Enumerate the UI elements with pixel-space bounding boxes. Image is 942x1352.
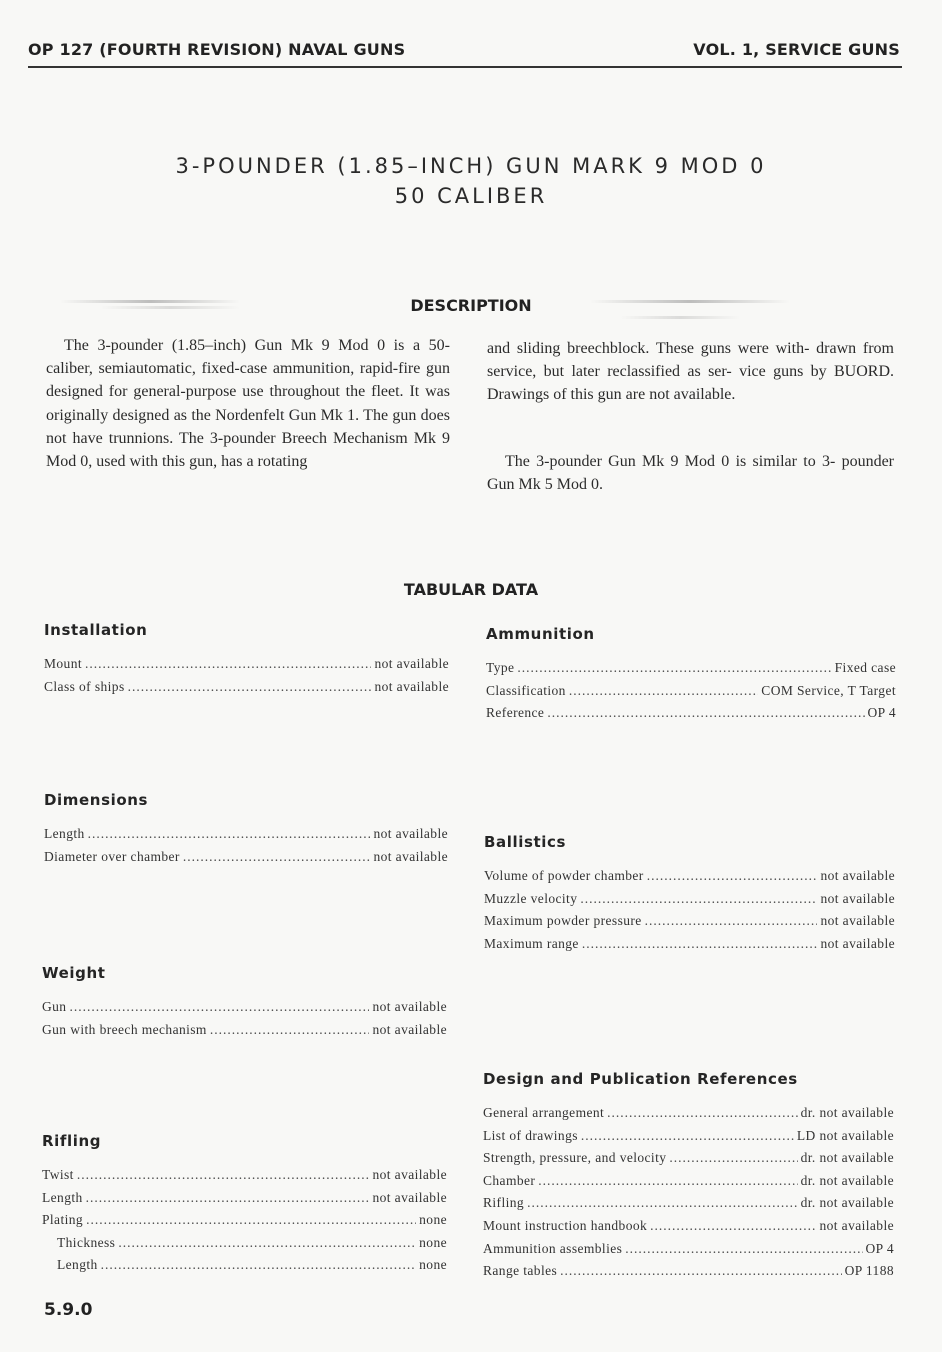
- row-label: Gun: [42, 996, 66, 1019]
- table-row: Lengthnone: [42, 1254, 447, 1277]
- row-value: OP 4: [866, 1238, 894, 1261]
- row-value: LD not available: [797, 1125, 894, 1148]
- group-title: Ammunition: [486, 625, 896, 643]
- table-row: Twistnot available: [42, 1164, 447, 1187]
- dot-leader: [669, 1147, 797, 1170]
- row-value: not available: [819, 1215, 894, 1238]
- running-header: OP 127 (FOURTH REVISION) NAVAL GUNS VOL.…: [28, 36, 902, 68]
- group-title: Rifling: [42, 1132, 447, 1150]
- table-row: ClassificationCOM Service, T Target: [486, 680, 896, 703]
- dot-leader: [77, 1164, 370, 1187]
- row-label: Length: [42, 1187, 83, 1210]
- table-row: Lengthnot available: [42, 1187, 447, 1210]
- dot-leader: [607, 1102, 797, 1125]
- row-value: none: [419, 1254, 447, 1277]
- dot-leader: [101, 1254, 417, 1277]
- row-value: Fixed case: [835, 657, 896, 680]
- row-value: not available: [372, 1164, 447, 1187]
- group-title: Installation: [44, 621, 449, 639]
- row-label: Thickness: [42, 1232, 115, 1255]
- row-label: Rifling: [483, 1192, 524, 1215]
- dot-leader: [85, 653, 371, 676]
- description-paragraph-1: The 3-pounder (1.85–inch) Gun Mk 9 Mod 0…: [46, 334, 450, 473]
- group-title: Dimensions: [44, 791, 448, 809]
- row-value: dr. not available: [801, 1102, 894, 1125]
- table-row: List of drawingsLD not available: [483, 1125, 894, 1148]
- row-value: none: [419, 1232, 447, 1255]
- row-value: not available: [820, 910, 895, 933]
- row-value: OP 4: [868, 702, 896, 725]
- row-value: not available: [374, 653, 449, 676]
- dot-leader: [183, 846, 371, 869]
- table-row: Muzzle velocitynot available: [484, 888, 895, 911]
- row-label: Type: [486, 657, 514, 680]
- dot-leader: [645, 910, 818, 933]
- description-paragraph-1-continued: and sliding breechblock. These guns were…: [487, 337, 894, 407]
- table-row: Thicknessnone: [42, 1232, 447, 1255]
- row-value: COM Service, T Target: [761, 680, 896, 703]
- row-label: Plating: [42, 1209, 83, 1232]
- row-label: Diameter over chamber: [44, 846, 180, 869]
- row-label: Length: [44, 823, 85, 846]
- dot-leader: [118, 1232, 416, 1255]
- row-value: dr. not available: [801, 1147, 894, 1170]
- row-label: Twist: [42, 1164, 74, 1187]
- row-label: Range tables: [483, 1260, 557, 1283]
- row-value: dr. not available: [801, 1170, 894, 1193]
- group-title: Weight: [42, 964, 447, 982]
- table-row: Riflingdr. not available: [483, 1192, 894, 1215]
- row-label: Mount instruction handbook: [483, 1215, 647, 1238]
- page-subtitle: 50 CALIBER: [0, 184, 942, 208]
- row-label: Strength, pressure, and velocity: [483, 1147, 666, 1170]
- row-value: not available: [373, 846, 448, 869]
- row-label: List of drawings: [483, 1125, 578, 1148]
- dot-leader: [538, 1170, 797, 1193]
- table-row: Mount instruction handbooknot available: [483, 1215, 894, 1238]
- dot-leader: [210, 1019, 370, 1042]
- table-row: Maximum powder pressurenot available: [484, 910, 895, 933]
- group-title: Design and Publication References: [483, 1070, 894, 1088]
- dot-leader: [560, 1260, 841, 1283]
- row-value: OP 1188: [845, 1260, 894, 1283]
- dot-leader: [86, 1209, 416, 1232]
- row-label: Mount: [44, 653, 82, 676]
- row-label: Maximum powder pressure: [484, 910, 642, 933]
- description-paragraph-2: The 3-pounder Gun Mk 9 Mod 0 is similar …: [487, 450, 894, 496]
- row-value: not available: [373, 823, 448, 846]
- table-row: Range tablesOP 1188: [483, 1260, 894, 1283]
- table-row: TypeFixed case: [486, 657, 896, 680]
- dot-leader: [527, 1192, 798, 1215]
- table-row: Class of shipsnot available: [44, 676, 449, 699]
- page-number: 5.9.0: [44, 1300, 92, 1320]
- row-label: General arrangement: [483, 1102, 604, 1125]
- table-row: General arrangementdr. not available: [483, 1102, 894, 1125]
- page-title: 3-POUNDER (1.85–INCH) GUN MARK 9 MOD 0: [0, 154, 942, 178]
- group-design-publication-references: Design and Publication References Genera…: [483, 1070, 894, 1283]
- group-ammunition: Ammunition TypeFixed caseClassificationC…: [486, 625, 896, 725]
- row-label: Maximum range: [484, 933, 579, 956]
- header-publication: OP 127 (FOURTH REVISION) NAVAL GUNS: [28, 40, 405, 59]
- row-value: not available: [820, 865, 895, 888]
- row-label: Chamber: [483, 1170, 535, 1193]
- dot-leader: [580, 888, 817, 911]
- row-value: not available: [372, 1019, 447, 1042]
- row-label: Muzzle velocity: [484, 888, 577, 911]
- dot-leader: [625, 1238, 862, 1261]
- group-ballistics: Ballistics Volume of powder chambernot a…: [484, 833, 895, 955]
- dot-leader: [582, 933, 818, 956]
- dot-leader: [88, 823, 371, 846]
- dot-leader: [647, 865, 818, 888]
- row-value: not available: [372, 996, 447, 1019]
- group-rifling: Rifling Twistnot availableLengthnot avai…: [42, 1132, 447, 1277]
- row-label: Ammunition assemblies: [483, 1238, 622, 1261]
- scan-smear: [620, 316, 740, 319]
- row-value: not available: [372, 1187, 447, 1210]
- dot-leader: [128, 676, 372, 699]
- table-row: Chamberdr. not available: [483, 1170, 894, 1193]
- row-label: Volume of powder chamber: [484, 865, 644, 888]
- row-value: dr. not available: [801, 1192, 894, 1215]
- dot-leader: [650, 1215, 816, 1238]
- table-row: Lengthnot available: [44, 823, 448, 846]
- row-label: Length: [42, 1254, 98, 1277]
- group-weight: Weight Gunnot availableGun with breech m…: [42, 964, 447, 1041]
- dot-leader: [569, 680, 758, 703]
- table-row: Volume of powder chambernot available: [484, 865, 895, 888]
- description-heading: DESCRIPTION: [0, 296, 942, 315]
- row-label: Class of ships: [44, 676, 125, 699]
- row-label: Reference: [486, 702, 544, 725]
- tabular-data-heading: TABULAR DATA: [0, 580, 942, 599]
- row-value: not available: [374, 676, 449, 699]
- row-value: not available: [820, 933, 895, 956]
- table-row: Platingnone: [42, 1209, 447, 1232]
- header-volume: VOL. 1, SERVICE GUNS: [693, 40, 900, 59]
- group-installation: Installation Mountnot availableClass of …: [44, 621, 449, 698]
- table-row: Ammunition assembliesOP 4: [483, 1238, 894, 1261]
- dot-leader: [547, 702, 864, 725]
- row-label: Classification: [486, 680, 566, 703]
- dot-leader: [517, 657, 831, 680]
- table-row: Gun with breech mechanismnot available: [42, 1019, 447, 1042]
- table-row: Maximum rangenot available: [484, 933, 895, 956]
- dot-leader: [86, 1187, 370, 1210]
- table-row: Diameter over chambernot available: [44, 846, 448, 869]
- dot-leader: [69, 996, 369, 1019]
- dot-leader: [581, 1125, 794, 1148]
- table-row: Mountnot available: [44, 653, 449, 676]
- row-value: none: [419, 1209, 447, 1232]
- group-title: Ballistics: [484, 833, 895, 851]
- table-row: Strength, pressure, and velocitydr. not …: [483, 1147, 894, 1170]
- row-label: Gun with breech mechanism: [42, 1019, 207, 1042]
- group-dimensions: Dimensions Lengthnot availableDiameter o…: [44, 791, 448, 868]
- table-row: ReferenceOP 4: [486, 702, 896, 725]
- table-row: Gunnot available: [42, 996, 447, 1019]
- row-value: not available: [820, 888, 895, 911]
